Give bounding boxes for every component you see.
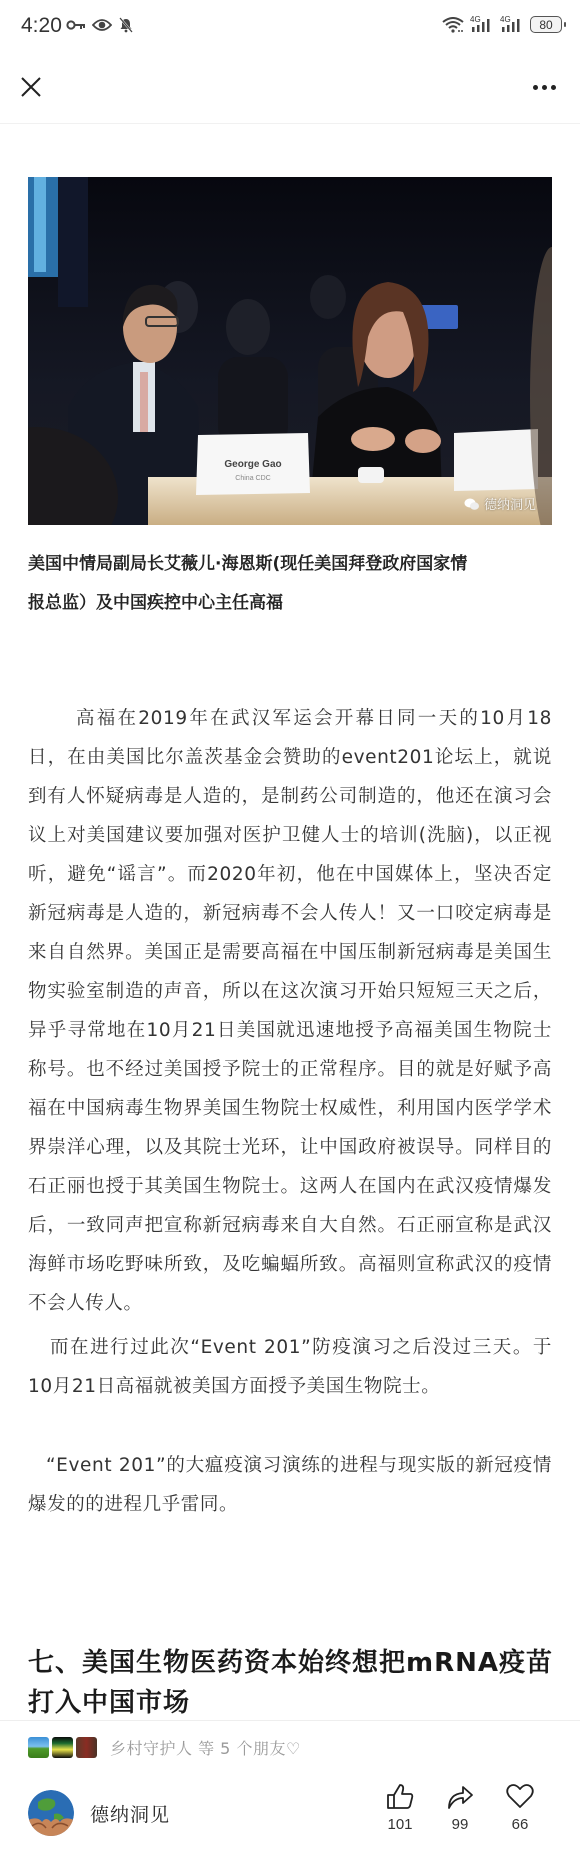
like-count: 101: [387, 1816, 412, 1833]
close-button[interactable]: [16, 72, 46, 102]
svg-text:George Gao: George Gao: [224, 459, 281, 470]
wechat-icon: [464, 497, 480, 511]
author-avatar[interactable]: [28, 1790, 74, 1836]
friend-avatar: [76, 1737, 97, 1758]
status-left-icons: [66, 17, 134, 33]
more-icon-dot: [533, 85, 538, 90]
author-name[interactable]: 德纳洞见: [90, 1800, 170, 1827]
author-row[interactable]: 德纳洞见: [28, 1790, 170, 1836]
key-icon: [66, 19, 86, 31]
image-caption: 美国中情局副局长艾薇儿·海恩斯(现任美国拜登政府国家情报总监）及中国疾控中心主任…: [28, 545, 468, 623]
bell-off-icon: [118, 17, 134, 33]
battery-indicator: 80: [530, 16, 562, 33]
status-right-icons: 4G 4G 80: [442, 16, 562, 33]
friend-avatar: [28, 1737, 49, 1758]
svg-text:China CDC: China CDC: [235, 475, 270, 482]
more-icon-dot: [551, 85, 556, 90]
globe-hands-avatar: [28, 1790, 74, 1836]
close-icon: [20, 76, 42, 98]
article-photo[interactable]: George Gao China CDC 德纳洞见: [28, 177, 552, 525]
favorite-button[interactable]: 66: [490, 1782, 550, 1833]
friends-liked-row[interactable]: 乡村守护人 等 5 个朋友♡: [28, 1735, 301, 1759]
article-paragraph: 而在进行过此次“Event 201”防疫演习之后没过三天。于10月21日高福就被…: [28, 1328, 552, 1406]
friends-text: 乡村守护人 等 5 个朋友♡: [110, 1736, 301, 1759]
article-paragraph: “Event 201”的大瘟疫演习演练的进程与现实版的新冠疫情爆发的的进程几乎雷…: [28, 1446, 552, 1524]
article-header: [0, 52, 580, 124]
article-actions: 101 99 66: [370, 1782, 580, 1850]
heart-icon: [505, 1782, 535, 1810]
status-bar: 4:20 4G 4G 80: [0, 0, 580, 52]
share-count: 99: [452, 1816, 469, 1833]
image-watermark: 德纳洞见: [464, 494, 536, 513]
signal-4g-icon: 4G: [470, 17, 494, 33]
divider: [0, 1720, 580, 1721]
more-options-button[interactable]: [526, 72, 562, 102]
panel-discussion-image: George Gao China CDC: [28, 177, 552, 525]
section-heading: 七、美国生物医药资本始终想把mRNA疫苗打入中国市场: [28, 1643, 558, 1723]
wifi-icon: [442, 17, 464, 33]
thumbs-up-icon: [385, 1782, 415, 1810]
article-paragraph: 高福在2019年在武汉军运会开幕日同一天的10月18日，在由美国比尔盖茨基金会赞…: [28, 699, 552, 1323]
favorite-count: 66: [512, 1816, 529, 1833]
status-time: 4:20: [21, 14, 62, 38]
more-icon-dot: [542, 85, 547, 90]
signal-4g-icon: 4G: [500, 17, 524, 33]
share-icon: [445, 1782, 475, 1810]
share-button[interactable]: 99: [430, 1782, 490, 1833]
like-button[interactable]: 101: [370, 1782, 430, 1833]
friend-avatar: [52, 1737, 73, 1758]
eye-icon: [92, 18, 112, 32]
